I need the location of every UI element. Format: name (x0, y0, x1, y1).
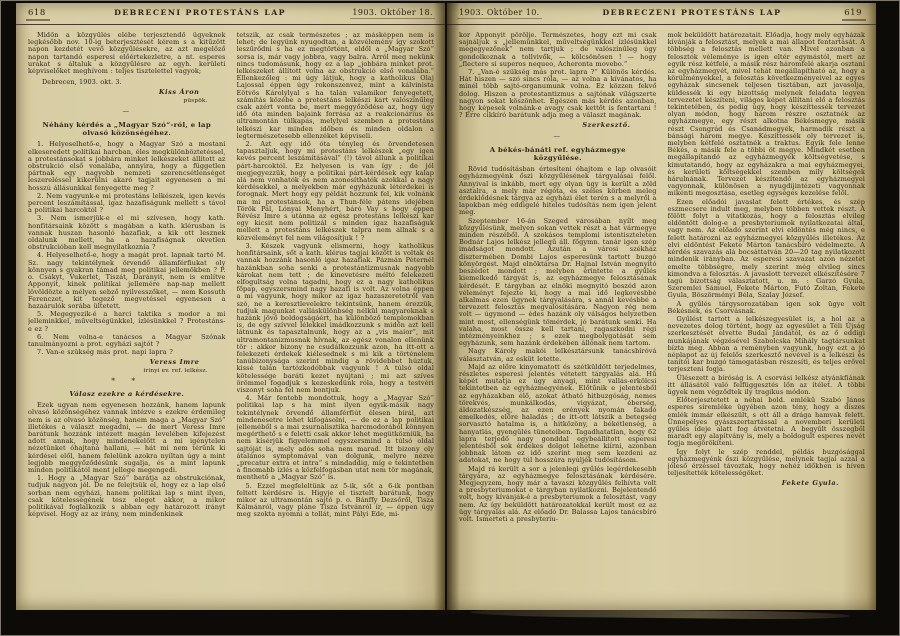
paragraph: Nagy Károly makói lelkésztársunk tanácsb… (459, 348, 657, 362)
paragraph: Majd rá került a sor a jelenlegi gyűlés … (459, 466, 657, 524)
paragraph: kor Apponyit pörölje. Természetes, hogy … (459, 32, 657, 68)
signature-name: Veress Imre (28, 359, 226, 366)
paragraph: 5. Megegyezik-é a harci taktika s modor … (28, 311, 226, 333)
section-heading: Néhány kérdés a „Magyar Szó“-ról, e lap … (38, 121, 216, 137)
paragraph: 6. Nem volna-e tanácsos a Magyar Szónak … (28, 334, 226, 348)
signature: Szerkesztő. (459, 122, 657, 129)
journal-title-left: DEBRECENI PROTESTÁNS LAP (114, 8, 286, 17)
signature-name: Fekete Gyula. (668, 480, 866, 487)
issue-date-left: 1903. Október 18. (350, 8, 435, 19)
left-column-1: Midőn a közgyűlés elébe terjesztendő ügy… (28, 32, 226, 608)
paragraph: 4. Már fentebb mondottuk, hogy a „Magyar… (237, 395, 435, 481)
paragraph: 4. Helyeselhető-e, hogy a magát prot. la… (28, 252, 226, 310)
paragraph: mok beküldött határozatait. Előadja, hog… (668, 32, 866, 198)
signature-name: Szerkesztő. (459, 122, 657, 129)
paragraph: 5. Ezzel megfeleltünk az 5-ik, sőt a 6-i… (237, 483, 435, 519)
right-column-1: kor Apponyit pörölje. Természetes, hogy … (459, 32, 657, 608)
paragraph: tetszik, az csak természetes ; az máskép… (237, 32, 435, 140)
book-spread: 618 DEBRECENI PROTESTÁNS LAP 1903. Októb… (0, 0, 900, 636)
paragraph: 3. Készek vagyunk elismerni, hogy kathol… (237, 243, 435, 394)
left-page-columns: Midőn a közgyűlés elébe terjesztendő ügy… (16, 25, 445, 614)
signature-role: irinyi ev. ref. lelkész. (28, 368, 226, 375)
paragraph: Így folyt le szép renddel, példás buzgós… (668, 449, 866, 478)
paragraph: Majd az előre kinyomatott és szétküldött… (459, 364, 657, 465)
left-page-number: 618 (26, 9, 50, 21)
right-column-2: mok beküldött határozatait. Előadja, hog… (668, 32, 866, 608)
dateline: Debrecen, 1903. okt. 3. (28, 79, 226, 86)
paragraph: Gyűlést tartott a lelkészegyesület is, a… (668, 316, 866, 374)
paragraph: Midőn a közgyűlés elébe terjesztendő ügy… (28, 32, 226, 75)
paragraph: 7. „Van-é szükség más prot. lapra ?“ Kül… (459, 69, 657, 119)
left-page: 618 DEBRECENI PROTESTÁNS LAP 1903. Októb… (16, 3, 445, 610)
signature: Kiss Áronpüspök. (28, 89, 226, 104)
signature-role: püspök. (28, 98, 226, 105)
right-page-header: 1903. Október 10. DEBRECZENI PROTESTÁNS … (447, 3, 876, 25)
paragraph: 2. Nem vagyunk-e mi protestáns lelkészek… (28, 193, 226, 215)
paragraph: A gyűlés tárgysorozatában igen sok ügye … (668, 301, 866, 315)
paragraph: 3. Nem ismerjük-e el mi szívesen, hogy k… (28, 215, 226, 251)
paragraph: 1. Helyeselhető-e, hogy a Magyar Szó a m… (28, 141, 226, 191)
section-heading: A békés-bánáti ref. egyházmegye közgyűlé… (469, 146, 647, 162)
signature: Veress Imreirinyi ev. ref. lelkész. (28, 359, 226, 374)
right-page: 1903. Október 10. DEBRECZENI PROTESTÁNS … (447, 3, 876, 610)
paragraph: Ezen előadói javaslat felett értékes, és… (668, 199, 866, 300)
paragraph: Szeptember 16-án Szeged városában nyílt … (459, 218, 657, 348)
paragraph: Előterjesztetett a néhai bold. emlékű Sz… (668, 397, 866, 447)
paragraph: 2. Azt egy idő óta tényleg és örvendetes… (237, 141, 435, 242)
right-page-columns: kor Apponyit pörölje. Természetes, hogy … (447, 25, 876, 614)
separator: * * (28, 377, 226, 384)
signature: Fekete Gyula. (668, 480, 866, 487)
journal-title-right: DEBRECZENI PROTESTÁNS LAP (603, 8, 782, 17)
separator: — (459, 133, 657, 140)
paragraph: Ezek ugyan nem egyenesen hozzánk, hanem … (28, 402, 226, 474)
left-page-header: 618 DEBRECENI PROTESTÁNS LAP 1903. Októb… (16, 3, 445, 25)
paragraph: 1. Hogy a „Magyar Szó“ barátja az obstru… (28, 475, 226, 518)
paragraph: 7. Van-e szükség más prot. napi lapra ? (28, 349, 226, 356)
paragraph: Ülésezett a bíróság is. A csorvási lelké… (668, 375, 866, 397)
issue-date-right: 1903. Október 10. (457, 8, 542, 19)
left-column-2: tetszik, az csak természetes ; az máskép… (237, 32, 435, 608)
section-heading: Válasz ezekre a kérdésekre. (38, 390, 216, 398)
paragraph: Rövid tudósításban értesíteni óhajtom e … (459, 166, 657, 216)
separator: — (28, 108, 226, 115)
signature-name: Kiss Áron (28, 89, 226, 96)
right-page-number: 619 (842, 9, 866, 21)
